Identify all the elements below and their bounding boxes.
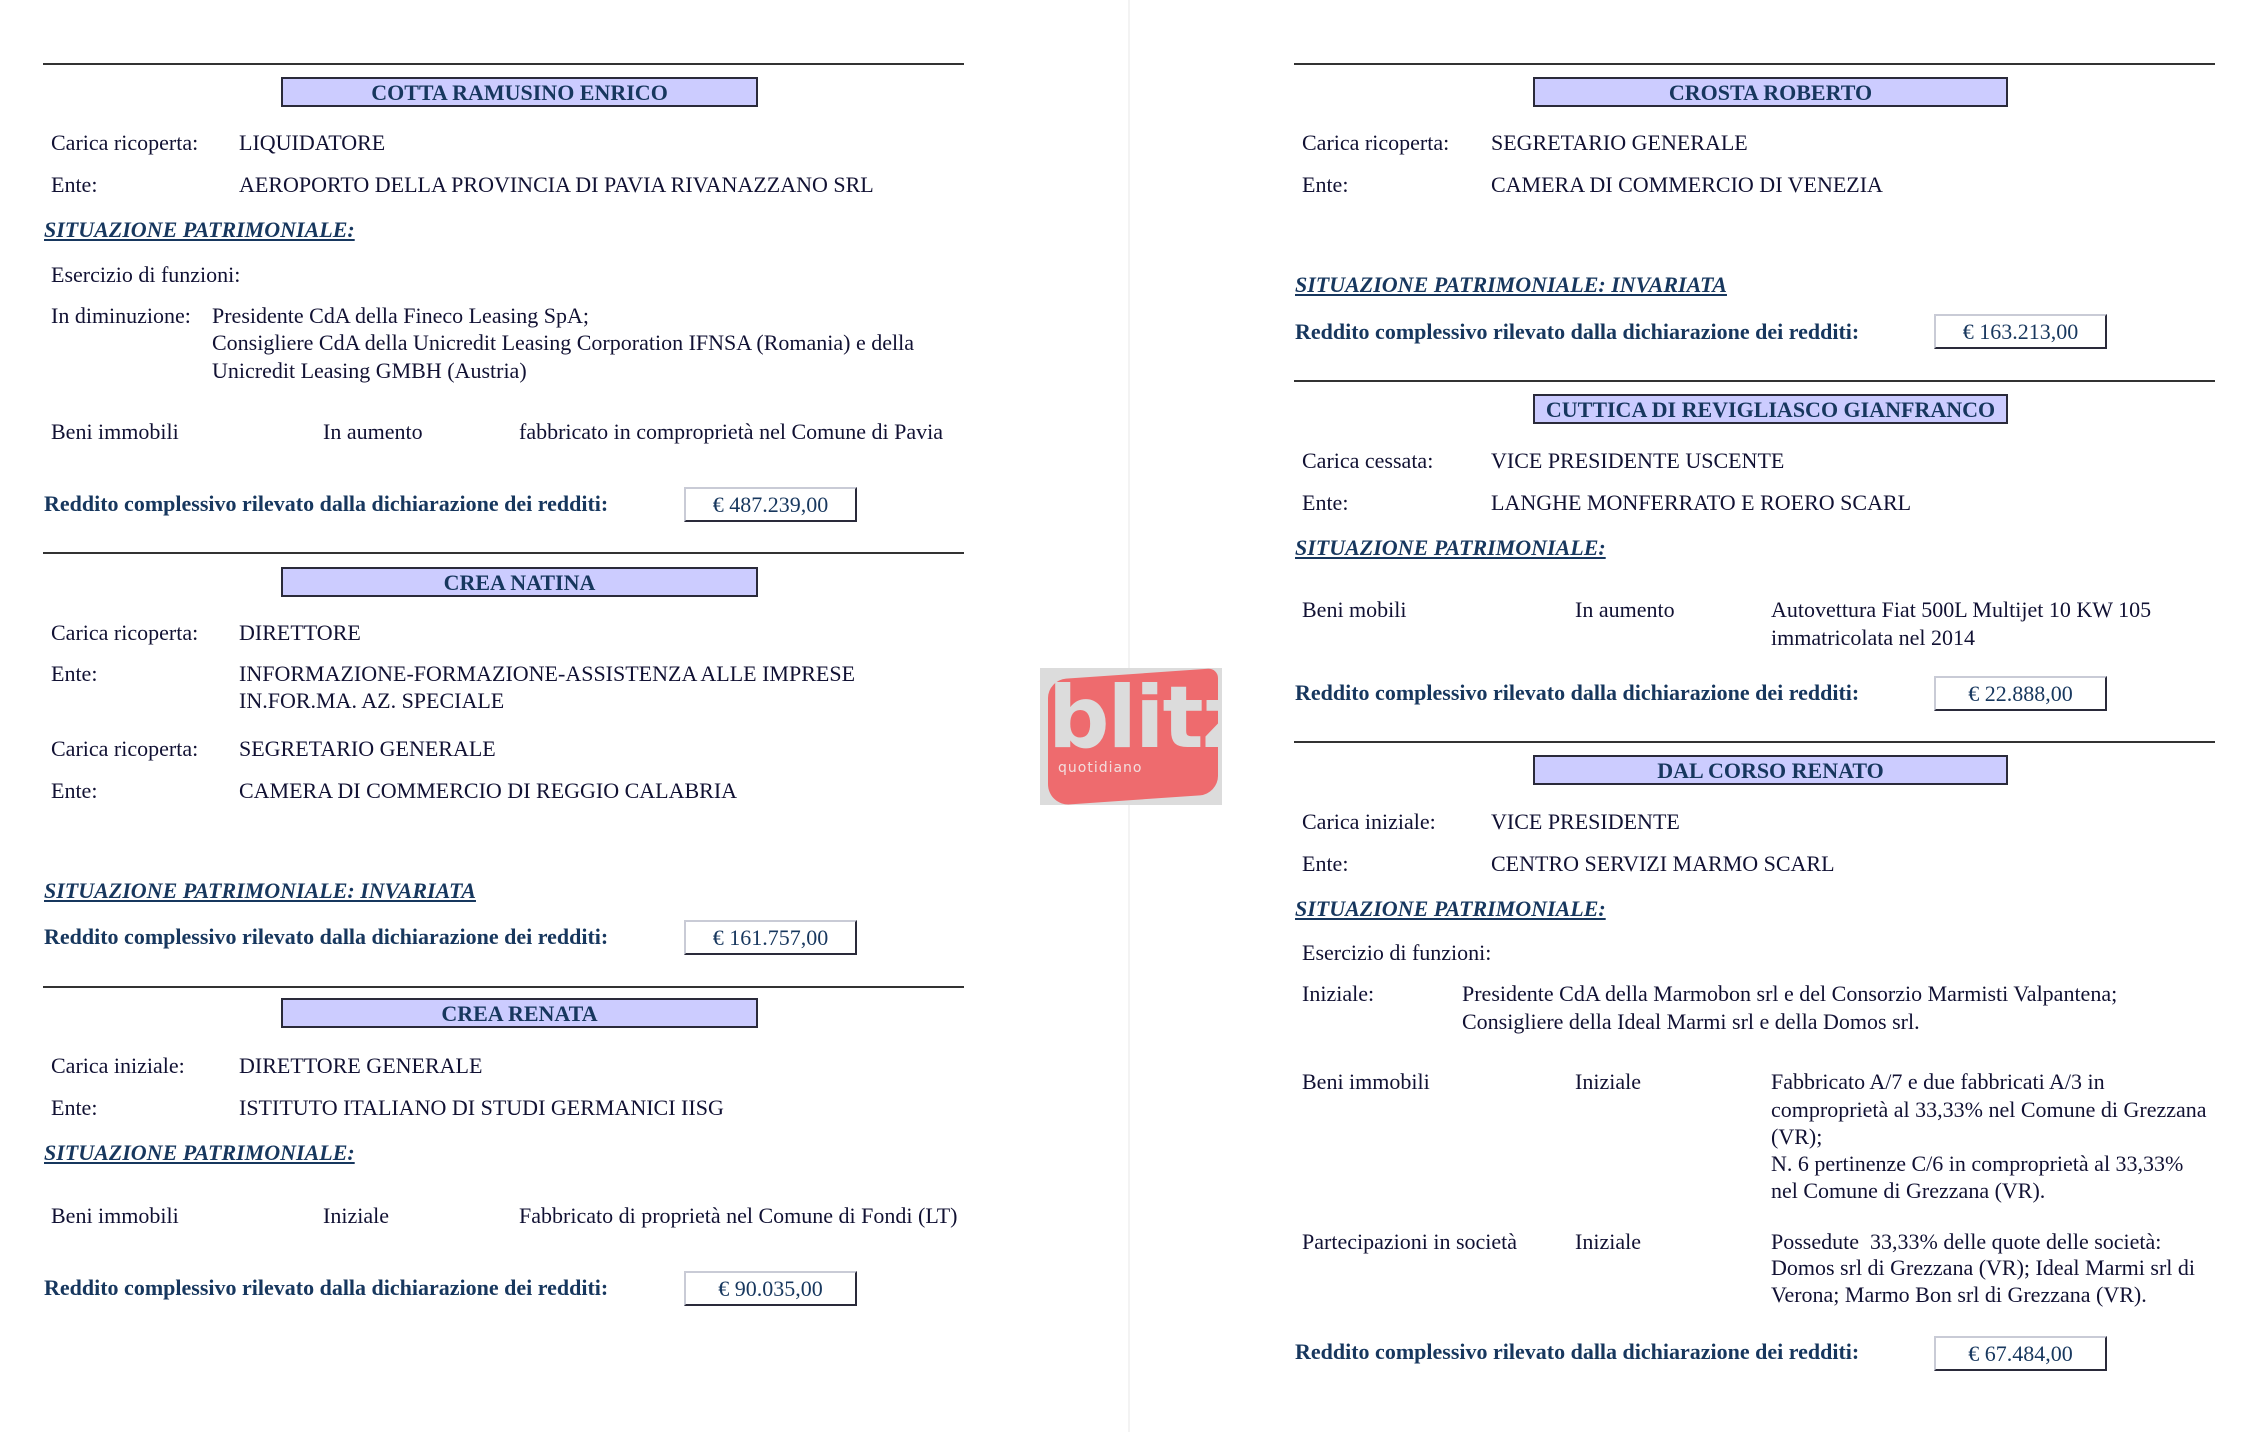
role-value: SEGRETARIO GENERALE	[1491, 130, 1748, 156]
role-label: Carica iniziale:	[1302, 809, 1436, 835]
logo-wordmark: blitz	[1048, 668, 1222, 768]
asset-type: Beni mobili	[1302, 597, 1407, 623]
asset-status: Iniziale	[323, 1203, 389, 1229]
role-value: VICE PRESIDENTE USCENTE	[1491, 448, 1784, 474]
income-label: Reddito complessivo rilevato dalla dichi…	[1295, 319, 1859, 345]
asset-status: Iniziale	[1575, 1229, 1641, 1255]
person-name-header: CREA RENATA	[281, 998, 758, 1028]
asset-status: In aumento	[323, 419, 423, 445]
blitz-quotidiano-logo: blitz quotidiano	[1040, 668, 1222, 805]
person-name-header: CREA NATINA	[281, 567, 758, 597]
asset-description: Verona; Marmo Bon srl di Grezzana (VR).	[1771, 1282, 2147, 1308]
asset-description: Possedute 33,33% delle quote delle socie…	[1771, 1229, 2161, 1255]
ente-label: Ente:	[1302, 490, 1348, 516]
section-heading: SITUAZIONE PATRIMONIALE: INVARIATA	[44, 878, 476, 904]
person-name-header: CROSTA ROBERTO	[1533, 77, 2008, 107]
asset-status: Iniziale	[1575, 1069, 1641, 1095]
funzioni-line: Presidente CdA della Fineco Leasing SpA;	[212, 303, 589, 329]
asset-description: nel Comune di Grezzana (VR).	[1771, 1178, 2045, 1204]
role-label: Carica ricoperta:	[1302, 130, 1449, 156]
asset-type: Beni immobili	[51, 419, 179, 445]
asset-type: Partecipazioni in società	[1302, 1229, 1517, 1255]
asset-status: In aumento	[1575, 597, 1675, 623]
esercizio-label: Esercizio di funzioni:	[51, 262, 240, 288]
income-label: Reddito complessivo rilevato dalla dichi…	[1295, 1339, 1859, 1365]
section-heading: SITUAZIONE PATRIMONIALE:	[44, 1140, 355, 1166]
income-label: Reddito complessivo rilevato dalla dichi…	[44, 924, 608, 950]
asset-description: Autovettura Fiat 500L Multijet 10 KW 105	[1771, 597, 2151, 623]
role-value: LIQUIDATORE	[239, 130, 385, 156]
ente-value: INFORMAZIONE-FORMAZIONE-ASSISTENZA ALLE …	[239, 661, 855, 687]
income-amount: € 90.035,00	[684, 1271, 857, 1306]
asset-description: Fabbricato A/7 e due fabbricati A/3 in	[1771, 1069, 2105, 1095]
role-label: Carica ricoperta:	[51, 736, 198, 762]
section-heading: SITUAZIONE PATRIMONIALE: INVARIATA	[1295, 272, 1727, 298]
esercizio-label: Esercizio di funzioni:	[1302, 940, 1491, 966]
ente-value: CAMERA DI COMMERCIO DI REGGIO CALABRIA	[239, 778, 737, 804]
entry-separator	[43, 63, 964, 65]
entry-separator	[43, 552, 964, 554]
income-amount: € 22.888,00	[1934, 676, 2107, 711]
funzioni-label: In diminuzione:	[51, 303, 191, 329]
ente-value: CENTRO SERVIZI MARMO SCARL	[1491, 851, 1835, 877]
ente-value: AEROPORTO DELLA PROVINCIA DI PAVIA RIVAN…	[239, 172, 874, 198]
funzioni-line: Consigliere della Ideal Marmi srl e dell…	[1462, 1009, 1920, 1035]
income-label: Reddito complessivo rilevato dalla dichi…	[44, 491, 608, 517]
funzioni-label: Iniziale:	[1302, 981, 1374, 1007]
section-heading: SITUAZIONE PATRIMONIALE:	[1295, 535, 1606, 561]
logo-subtitle: quotidiano	[1058, 760, 1143, 776]
income-label: Reddito complessivo rilevato dalla dichi…	[44, 1275, 608, 1301]
ente-value-continued: IN.FOR.MA. AZ. SPECIALE	[239, 688, 504, 714]
entry-separator	[1294, 741, 2215, 743]
role-value: SEGRETARIO GENERALE	[239, 736, 496, 762]
ente-label: Ente:	[51, 1095, 97, 1121]
funzioni-line: Presidente CdA della Marmobon srl e del …	[1462, 981, 2117, 1007]
income-amount: € 161.757,00	[684, 920, 857, 955]
ente-value: LANGHE MONFERRATO E ROERO SCARL	[1491, 490, 1911, 516]
asset-description: (VR);	[1771, 1124, 1822, 1150]
ente-label: Ente:	[1302, 172, 1348, 198]
asset-type: Beni immobili	[1302, 1069, 1430, 1095]
income-amount: € 163.213,00	[1934, 314, 2107, 349]
entry-separator	[1294, 63, 2215, 65]
funzioni-line: Unicredit Leasing GMBH (Austria)	[212, 358, 527, 384]
entry-separator	[1294, 380, 2215, 382]
income-amount: € 67.484,00	[1934, 1336, 2107, 1371]
ente-value: ISTITUTO ITALIANO DI STUDI GERMANICI IIS…	[239, 1095, 724, 1121]
ente-label: Ente:	[51, 661, 97, 687]
role-value: VICE PRESIDENTE	[1491, 809, 1680, 835]
person-name-header: CUTTICA DI REVIGLIASCO GIANFRANCO	[1533, 394, 2008, 424]
person-name-header: DAL CORSO RENATO	[1533, 755, 2008, 785]
funzioni-line: Consigliere CdA della Unicredit Leasing …	[212, 330, 914, 356]
asset-description: fabbricato in comproprietà nel Comune di…	[519, 419, 943, 445]
section-heading: SITUAZIONE PATRIMONIALE:	[44, 217, 355, 243]
ente-label: Ente:	[1302, 851, 1348, 877]
role-label: Carica iniziale:	[51, 1053, 185, 1079]
ente-label: Ente:	[51, 172, 97, 198]
ente-value: CAMERA DI COMMERCIO DI VENEZIA	[1491, 172, 1883, 198]
asset-description: comproprietà al 33,33% nel Comune di Gre…	[1771, 1097, 2207, 1123]
asset-type: Beni immobili	[51, 1203, 179, 1229]
role-label: Carica ricoperta:	[51, 130, 198, 156]
person-name-header: COTTA RAMUSINO ENRICO	[281, 77, 758, 107]
asset-description: N. 6 pertinenze C/6 in comproprietà al 3…	[1771, 1151, 2183, 1177]
role-value: DIRETTORE	[239, 620, 361, 646]
entry-separator	[43, 986, 964, 988]
asset-description: immatricolata nel 2014	[1771, 625, 1975, 651]
role-value: DIRETTORE GENERALE	[239, 1053, 482, 1079]
ente-label: Ente:	[51, 778, 97, 804]
income-label: Reddito complessivo rilevato dalla dichi…	[1295, 680, 1859, 706]
section-heading: SITUAZIONE PATRIMONIALE:	[1295, 896, 1606, 922]
role-label: Carica cessata:	[1302, 448, 1433, 474]
asset-description: Domos srl di Grezzana (VR); Ideal Marmi …	[1771, 1255, 2195, 1281]
asset-description: Fabbricato di proprietà nel Comune di Fo…	[519, 1203, 958, 1229]
income-amount: € 487.239,00	[684, 487, 857, 522]
role-label: Carica ricoperta:	[51, 620, 198, 646]
